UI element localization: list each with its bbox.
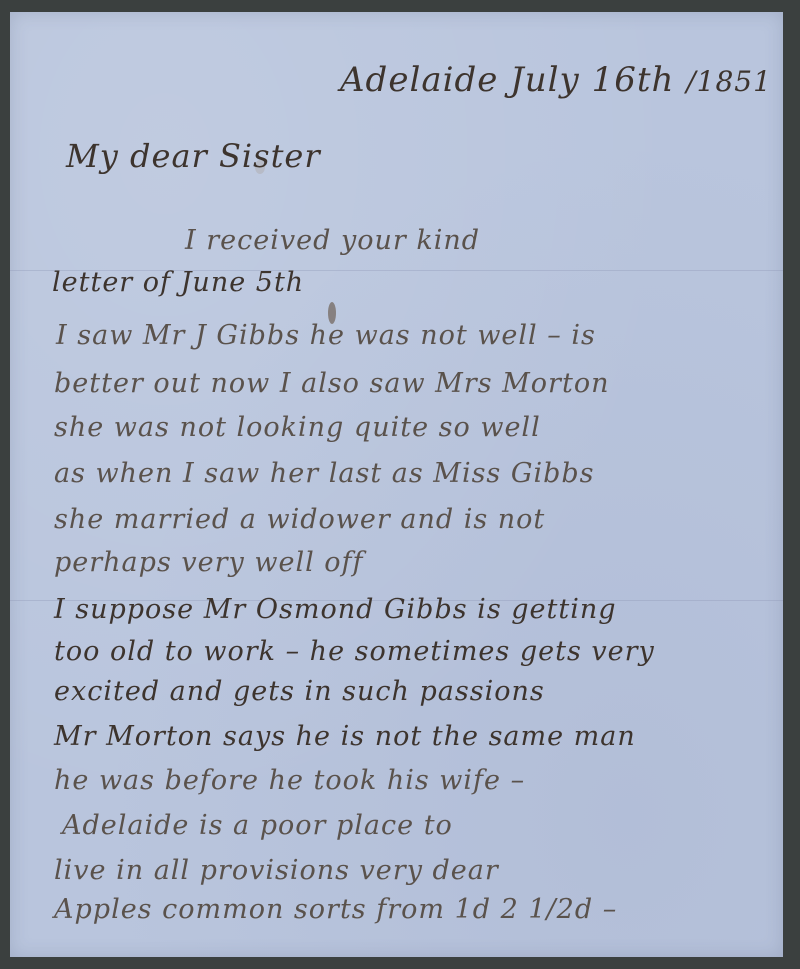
- letter-line: I received your kind: [185, 225, 480, 256]
- letter-line: Apples common sorts from 1d 2 1/2d –: [54, 894, 617, 925]
- letter-line: Mr Morton says he is not the same man: [54, 721, 636, 752]
- letter-line: he was before he took his wife –: [54, 765, 525, 796]
- letter-page: Adelaide July 16th /1851 My dear Sister …: [10, 12, 783, 957]
- letter-line: better out now I also saw Mrs Morton: [54, 368, 609, 399]
- letter-line: letter of June 5th: [52, 267, 304, 298]
- letter-line: excited and gets in such passions: [54, 676, 545, 707]
- letter-line: I saw Mr J Gibbs he was not well – is: [56, 320, 596, 351]
- letter-dateline: Adelaide July 16th /1851: [340, 60, 772, 100]
- letter-line: too old to work – he sometimes gets very: [54, 636, 655, 667]
- letter-line: she was not looking quite so well: [54, 412, 541, 443]
- letter-line: I suppose Mr Osmond Gibbs is getting: [54, 594, 617, 625]
- letter-line: Adelaide is a poor place to: [62, 810, 453, 841]
- letter-line: she married a widower and is not: [54, 504, 545, 535]
- letter-salutation: My dear Sister: [66, 137, 321, 175]
- letter-date: July 16th: [510, 60, 674, 100]
- letter-line: as when I saw her last as Miss Gibbs: [54, 458, 595, 489]
- letter-line: perhaps very well off: [54, 547, 364, 578]
- letter-place: Adelaide: [340, 60, 498, 100]
- letter-year: /1851: [686, 65, 772, 98]
- letter-line: live in all provisions very dear: [54, 855, 499, 886]
